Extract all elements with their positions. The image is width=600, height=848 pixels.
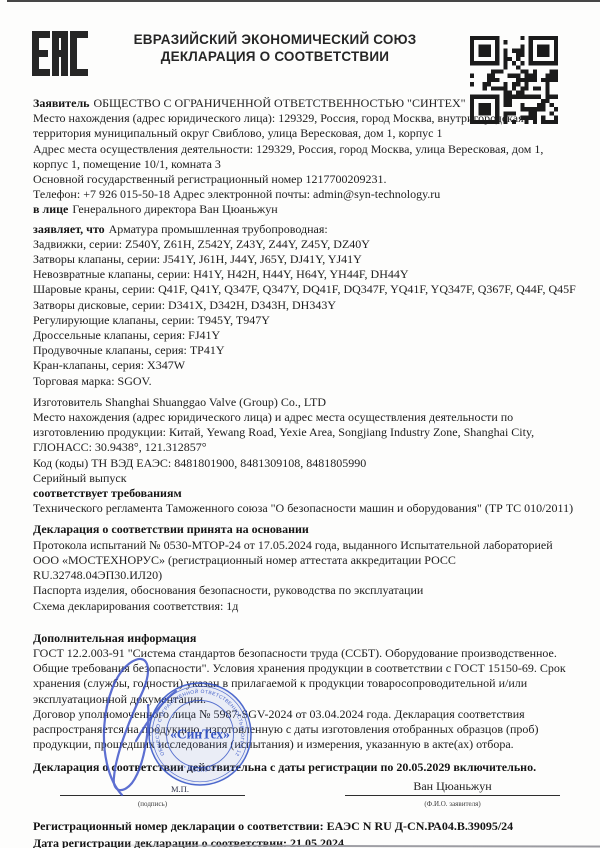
basis-scheme: Схема декларирования соответствия: 1д bbox=[33, 599, 578, 614]
applicant-activity-address: Адрес места осуществления деятельности: … bbox=[33, 142, 578, 172]
union-name: ЕВРАЗИЙСКИЙ ЭКОНОМИЧЕСКИЙ СОЮЗ bbox=[105, 32, 445, 49]
eac-mark-icon bbox=[32, 31, 88, 76]
document-title: ДЕКЛАРАЦИЯ О СООТВЕТСТВИИ bbox=[105, 49, 445, 66]
signer-name-field: Ван Цюаньжун (Ф.И.О. заявителя) bbox=[345, 779, 560, 813]
additional-gost-paragraph: ГОСТ 12.2.003-91 "Система стандартов без… bbox=[33, 646, 578, 707]
applicant-name: ОБЩЕСТВО С ОГРАНИЧЕННОЙ ОТВЕТСТВЕННОСТЬЮ… bbox=[93, 96, 465, 110]
registration-number-line: Регистрационный номер декларации о соотв… bbox=[33, 819, 578, 834]
compliance-header: соответствует требованиям bbox=[33, 486, 578, 501]
scan-edge-top bbox=[7, 0, 600, 2]
basis-passport: Паспорта изделия, обоснования безопаснос… bbox=[33, 583, 578, 598]
product-series-line: Затворы дисковые, серии: D341X, D342H, D… bbox=[33, 298, 578, 313]
product-series-line: Затворы клапаны, серии: J541Y, J61H, J44… bbox=[33, 252, 578, 267]
declares-label: заявляет, что bbox=[33, 222, 105, 236]
stamp-place-mark: М.П. bbox=[171, 782, 189, 797]
tn-ved-line: Код (коды) ТН ВЭД ЕАЭС: 8481801900, 8481… bbox=[33, 456, 578, 471]
applicant-label: Заявитель bbox=[33, 96, 90, 110]
applicant-ogrn: Основной государственный регистрационный… bbox=[33, 172, 578, 187]
manufacturer-address: Место нахождения (адрес юридического лиц… bbox=[33, 410, 578, 456]
signer-name: Ван Цюаньжун bbox=[345, 779, 560, 795]
product-series-line: Задвижки, серии: Z540Y, Z61H, Z542Y, Z43… bbox=[33, 237, 578, 252]
additional-info-header: Дополнительная информация bbox=[33, 631, 578, 646]
signer-name-caption: (Ф.И.О. заявителя) bbox=[345, 796, 560, 813]
signature-field: (подпись) bbox=[60, 779, 245, 813]
applicant-legal-address: Место нахождения (адрес юридического лиц… bbox=[33, 111, 578, 141]
product-series-line: Невозвратные клапаны, серии: H41Y, H42H,… bbox=[33, 267, 578, 282]
product-series-line: Кран-клапаны, серия: X347W bbox=[33, 358, 578, 373]
applicant-line: ЗаявительОБЩЕСТВО С ОГРАНИЧЕННОЙ ОТВЕТСТ… bbox=[33, 96, 578, 111]
validity-line: Декларация о соответствии действительна … bbox=[33, 760, 578, 775]
applicant-contacts: Телефон: +7 926 015-50-18 Адрес электрон… bbox=[33, 187, 578, 202]
basis-protocol: Протокола испытаний № 0530-МТОР-24 от 17… bbox=[33, 538, 578, 584]
product-series-line: Шаровые краны, серии: Q41F, Q41Y, Q347F,… bbox=[33, 282, 578, 297]
manufacturer-line: Изготовитель Shanghai Shuanggao Valve (G… bbox=[33, 395, 578, 410]
trademark-line: Торговая марка: SGOV. bbox=[33, 374, 578, 389]
represented-by-label: в лице bbox=[33, 202, 68, 216]
compliance-regulation: Технического регламента Таможенного союз… bbox=[33, 501, 578, 516]
document-header: ЕВРАЗИЙСКИЙ ЭКОНОМИЧЕСКИЙ СОЮЗ ДЕКЛАРАЦИ… bbox=[105, 32, 445, 65]
document-body: ЗаявительОБЩЕСТВО С ОГРАНИЧЕННОЙ ОТВЕТСТ… bbox=[33, 96, 578, 848]
signature-block: М.П. (подпись) Ван Цюаньжун (Ф.И.О. заяв… bbox=[33, 779, 578, 813]
basis-header: Декларация о соответствии принята на осн… bbox=[33, 522, 578, 537]
signature-caption: (подпись) bbox=[60, 796, 245, 813]
product-series-line: Продувочные клапаны, серия: TP41Y bbox=[33, 343, 578, 358]
declares-line: заявляет, чтоАрматура промышленная трубо… bbox=[33, 222, 578, 237]
product-series-line: Дроссельные клапаны, серия: FJ41Y bbox=[33, 328, 578, 343]
represented-by-line: в лицеГенерального директора Ван Цюаньжу… bbox=[33, 202, 578, 217]
product-series-line: Регулирующие клапаны, серии: T945Y, T947… bbox=[33, 313, 578, 328]
serial-issue-line: Серийный выпуск bbox=[33, 471, 578, 486]
additional-contract-paragraph: Договор уполномоченного лица № 5987-SGV-… bbox=[33, 707, 578, 753]
product-intro: Арматура промышленная трубопроводная: bbox=[109, 222, 328, 236]
represented-by-name: Генерального директора Ван Цюаньжун bbox=[72, 202, 277, 216]
